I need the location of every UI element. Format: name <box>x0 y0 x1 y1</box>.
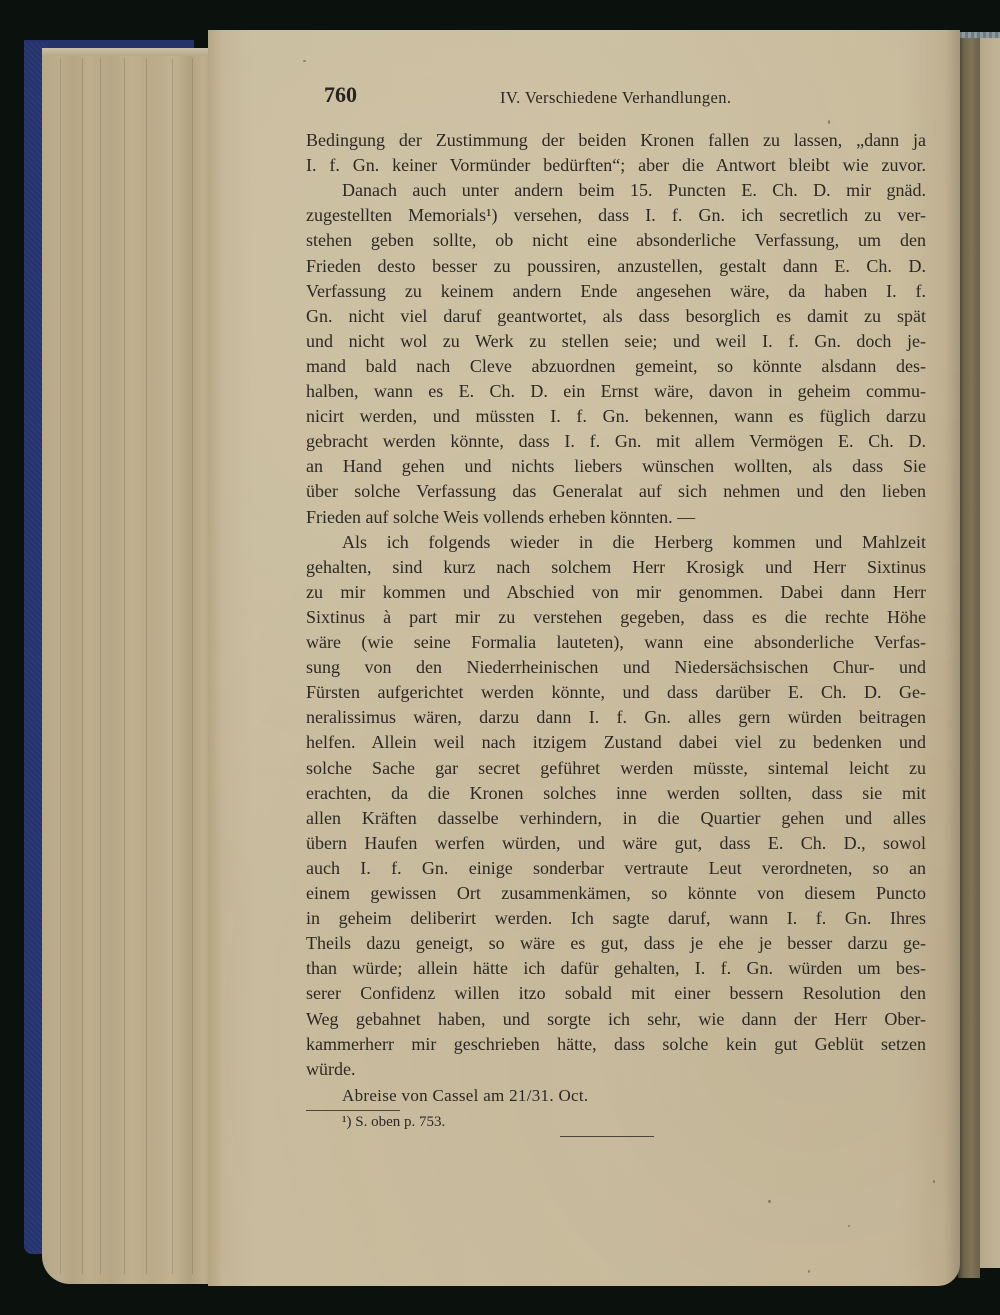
text-line: zu mir kommen und Abschied von mir genom… <box>306 580 926 606</box>
text-line: Theils dazu geneigt, so wäre es gut, das… <box>306 931 926 957</box>
text-line: Sixtinus à part mir zu verstehen gegeben… <box>306 605 926 631</box>
page-header: 760 IV. Verschiedene Verhandlungen. <box>306 80 926 110</box>
text-line: auch I. f. Gn. einige sonderbar vertraut… <box>306 856 926 882</box>
text-line: stehen geben sollte, ob nicht eine abson… <box>306 228 926 254</box>
text-line: einem gewissen Ort zusammenkämen, so kön… <box>306 881 926 907</box>
section-end-rule <box>560 1136 654 1137</box>
text-line: neralissimus wären, darzu dann I. f. Gn.… <box>306 705 926 731</box>
text-line: würde. <box>306 1057 926 1083</box>
text-line: wäre (wie seine Formalia lauteten), wann… <box>306 630 926 656</box>
text-line: an Hand gehen und nichts liebers wünsche… <box>306 454 926 480</box>
page-number: 760 <box>324 82 357 108</box>
text-line: than würde; allein hätte ich dafür gehal… <box>306 956 926 982</box>
footnote-rule <box>306 1110 400 1111</box>
text-line: Verfassung zu keinem andern Ende angeseh… <box>306 279 926 305</box>
footnote: ¹) S. oben p. 753. <box>342 1114 445 1131</box>
text-line: solche Sache gar secret geführet werden … <box>306 756 926 782</box>
stacked-page-edges <box>42 48 214 1284</box>
text-line: Danach auch unter andern beim 15. Puncte… <box>306 178 926 204</box>
text-line: gebracht werden könnte, dass I. f. Gn. m… <box>306 429 926 455</box>
closing-note: Abreise von Cassel am 21/31. Oct. <box>342 1086 588 1106</box>
text-line: Frieden auf solche Weis vollends erheben… <box>306 505 926 531</box>
text-line: übern Haufen werfen würden, und wäre gut… <box>306 831 926 857</box>
text-line: I. f. Gn. keiner Vormünder bedürften“; a… <box>306 153 926 179</box>
text-line: helfen. Allein weil nach itzigem Zustand… <box>306 730 926 756</box>
text-line: sung von den Niederrheinischen und Niede… <box>306 655 926 681</box>
text-line: nicirt werden, und müssten I. f. Gn. bek… <box>306 404 926 430</box>
text-line: Frieden desto besser zu poussiren, anzus… <box>306 254 926 280</box>
text-line: allen Kräften dasselbe verhindern, in di… <box>306 806 926 832</box>
text-line: Weg gebahnet haben, und sorgte ich sehr,… <box>306 1007 926 1033</box>
text-line: in geheim deliberirt werden. Ich sagte d… <box>306 906 926 932</box>
text-line: Als ich folgends wieder in die Herberg k… <box>306 530 926 556</box>
text-line: Fürsten aufgerichtet werden könnte, und … <box>306 680 926 706</box>
text-line: serer Confidenz willen itzo sobald mit e… <box>306 981 926 1007</box>
running-head: IV. Verschiedene Verhandlungen. <box>500 88 731 108</box>
text-line: und nicht wol zu Werk zu stellen seie; u… <box>306 329 926 355</box>
text-line: Gn. nicht viel daruf geantwortet, als da… <box>306 304 926 330</box>
book-gutter <box>958 38 980 1278</box>
text-line: erachten, da die Kronen solches inne wer… <box>306 781 926 807</box>
text-line: über solche Verfassung das Generalat auf… <box>306 479 926 505</box>
text-line: kammerherr mir geschrieben hätte, dass s… <box>306 1032 926 1058</box>
text-line: gehalten, sind kurz nach solchem Herr Kr… <box>306 555 926 581</box>
text-line: Bedingung der Zustimmung der beiden Kron… <box>306 128 926 154</box>
text-line: zugestellten Memorials¹) versehen, dass … <box>306 203 926 229</box>
text-line: halben, wann es E. Ch. D. ein Ernst wäre… <box>306 379 926 405</box>
text-line: mand bald nach Cleve abzuordnen gemeint,… <box>306 354 926 380</box>
facing-page-edge <box>980 38 1000 1268</box>
